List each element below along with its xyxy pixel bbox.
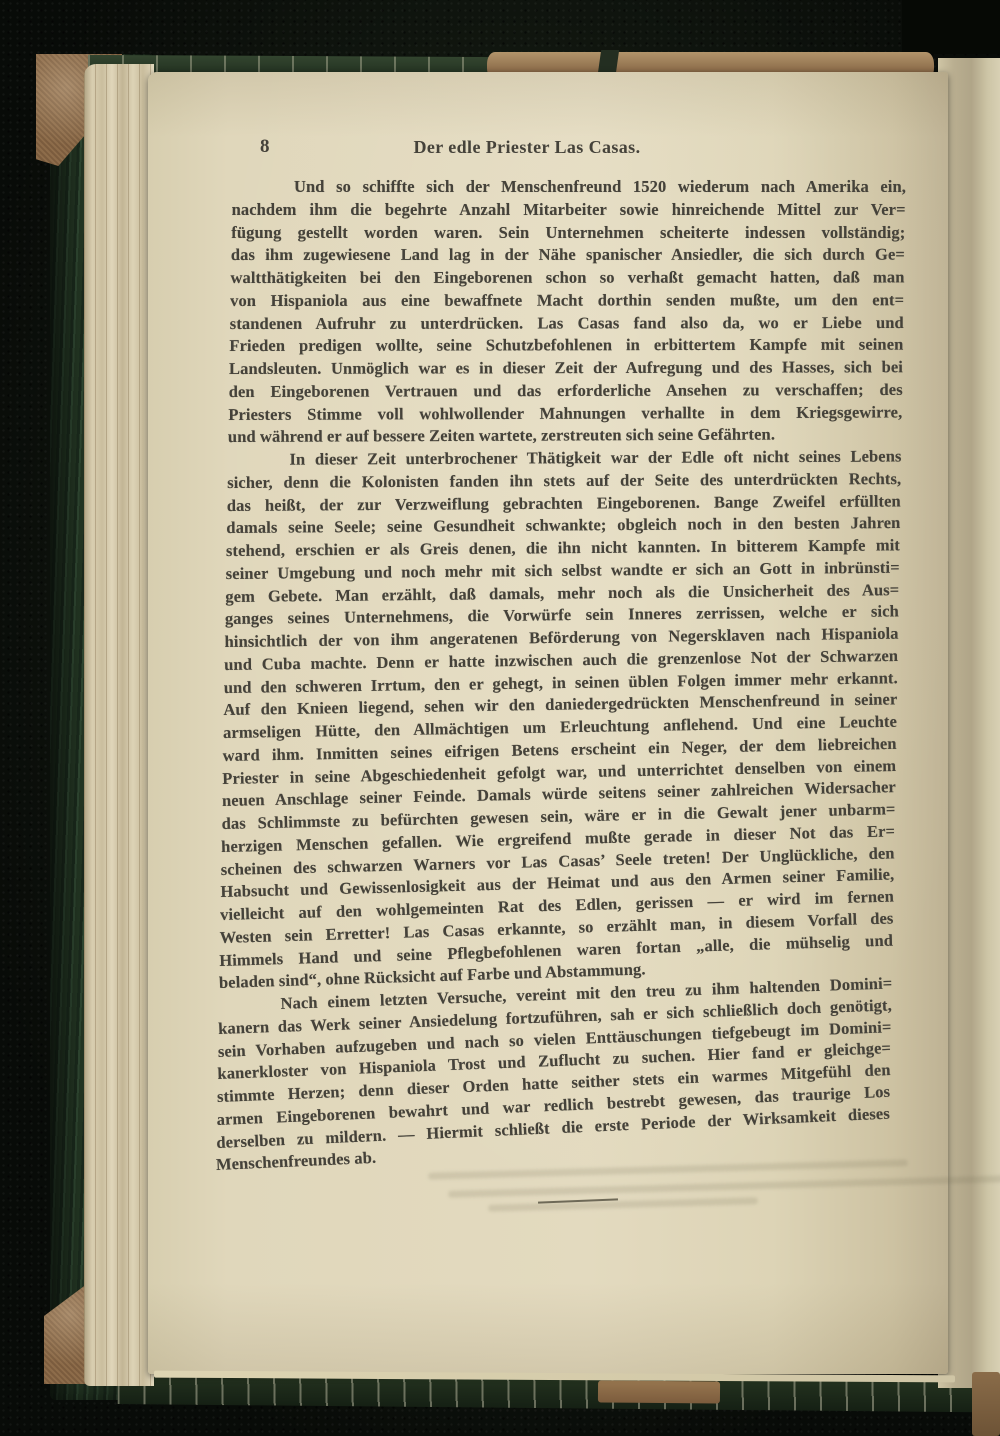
page-stack-edges xyxy=(84,64,154,1386)
text-line: standenen Aufruhr zu unterdrücken. Las C… xyxy=(230,311,904,335)
leather-corner-bottom-right xyxy=(972,1372,1000,1436)
text-line: Frieden predigen wollte, seine Schutzbef… xyxy=(229,334,903,358)
book-page: 8 Der edle Priester Las Casas. Und so sc… xyxy=(148,72,948,1374)
text-line: fügung gestellt worden waren. Sein Unter… xyxy=(231,221,905,244)
body-text: Und so schiffte sich der Menschenfreund … xyxy=(232,176,906,1177)
text-line: Und so schiffte sich der Menschenfreund … xyxy=(232,176,906,199)
scanned-book-photo: 8 Der edle Priester Las Casas. Und so sc… xyxy=(0,0,1000,1436)
page-header: 8 Der edle Priester Las Casas. xyxy=(148,134,948,164)
text-line: nachdem ihm die begehrte Anzahl Mitarbei… xyxy=(232,199,906,222)
bottom-edge-leather-patch xyxy=(598,1380,720,1403)
bleedthrough-text xyxy=(448,1175,1000,1198)
running-title: Der edle Priester Las Casas. xyxy=(414,137,641,158)
page-number: 8 xyxy=(260,136,270,158)
text-line: Landsleuten. Unmöglich war es in dieser … xyxy=(229,356,903,381)
bleedthrough-text xyxy=(488,1197,758,1212)
text-line: den Eingeborenen Vertrauen und das erfor… xyxy=(229,379,903,404)
text-line: von Hispaniola aus eine bewaffnete Macht… xyxy=(230,289,904,313)
text-line: das ihm zugewiesene Land lag in der Nähe… xyxy=(231,244,905,267)
shadow-top-right xyxy=(902,0,1000,54)
text-line: waltthätigkeiten bei den Eingeborenen sc… xyxy=(230,266,904,289)
